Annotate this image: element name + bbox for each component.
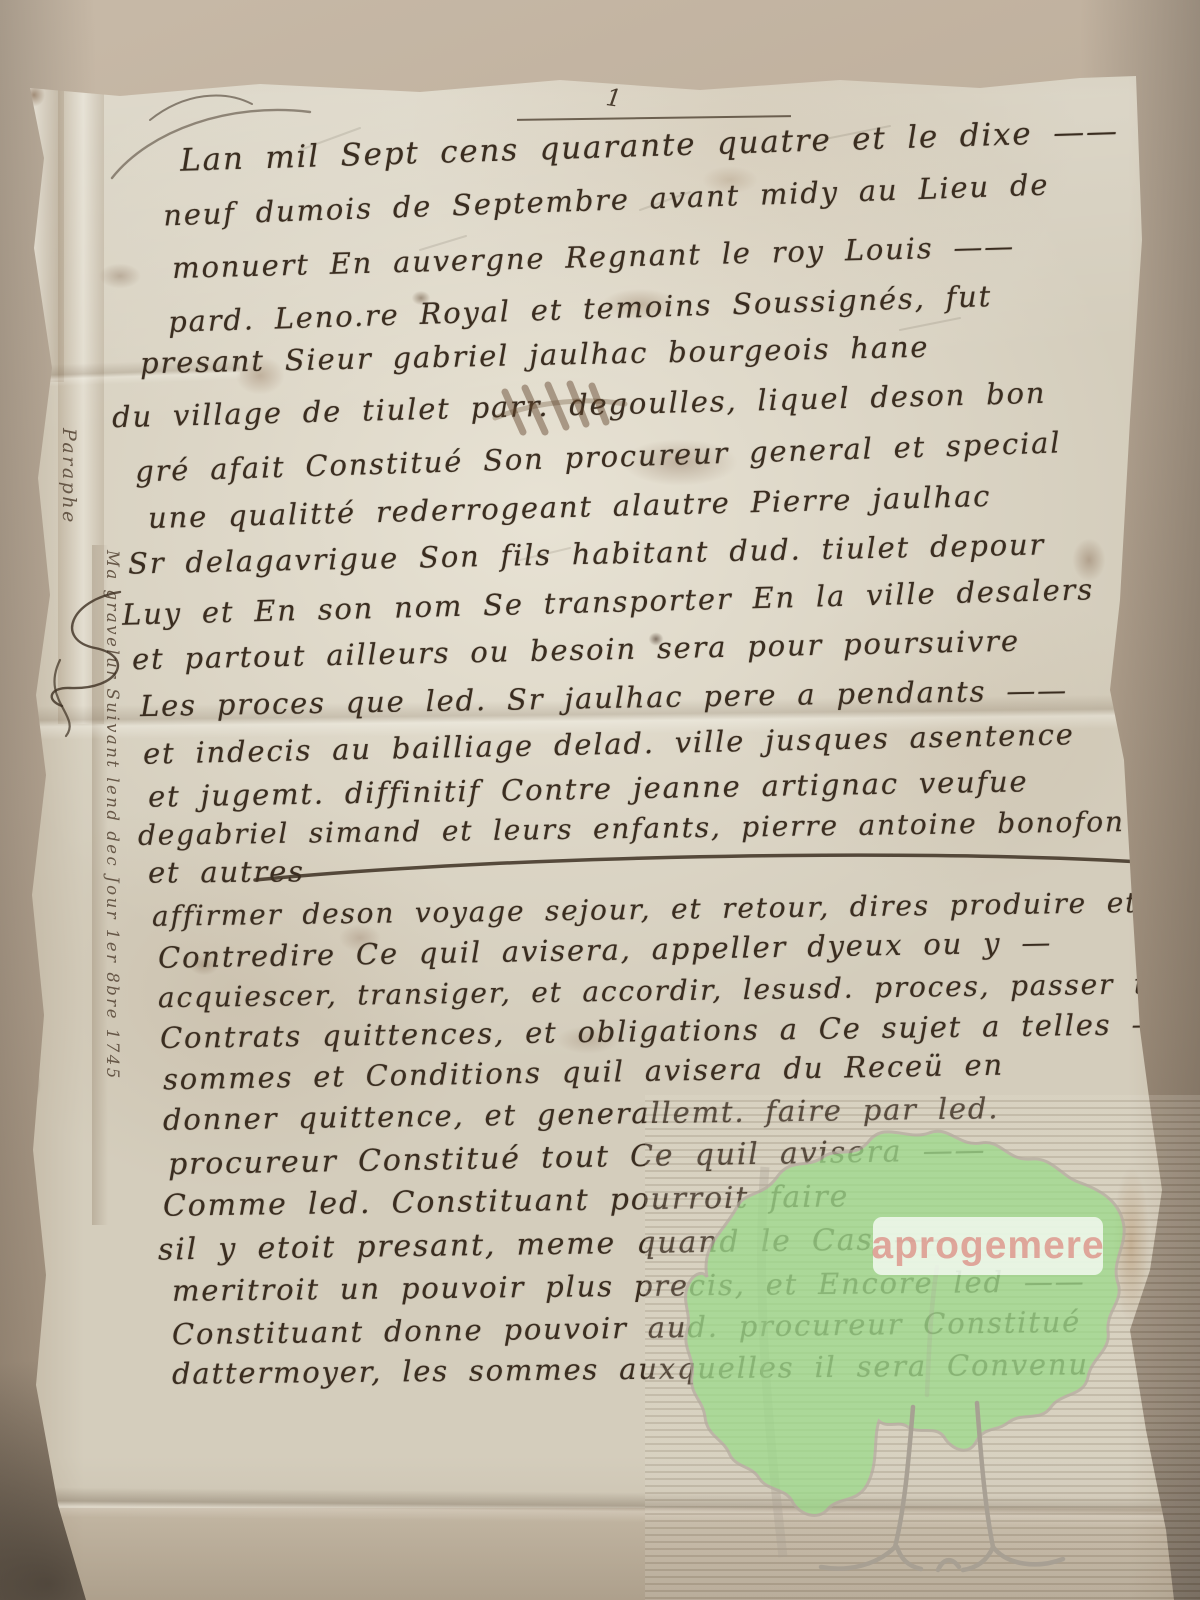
- corner-stain: [20, 80, 48, 110]
- manuscript-line-20: Contrats quittences, et obligations a Ce…: [160, 1007, 1163, 1055]
- margin-registration-note: Ma gravelur Suivant lend dec Jour 1er 8b…: [103, 550, 122, 1081]
- manuscript-line-6: du village de tiulet parr. degoulles, li…: [112, 376, 1047, 434]
- manuscript-line-1: Lan mil Sept cens quarante quatre et le …: [180, 113, 1120, 178]
- page-number: 1: [604, 83, 623, 113]
- manuscript-line-21: sommes et Conditions quil avisera du Rec…: [163, 1048, 1004, 1097]
- watermark-label-box: aprogemere: [873, 1217, 1103, 1275]
- watermark-overlay: aprogemere: [645, 1095, 1200, 1600]
- manuscript-line-3: monuert En auvergne Regnant le roy Louis…: [172, 229, 1016, 285]
- left-fold-strip-inner: [58, 84, 104, 724]
- manuscript-line-5: presant Sieur gabriel jaulhac bourgeois …: [140, 330, 930, 381]
- left-fold-strip-outer: [30, 82, 64, 382]
- manuscript-line-2: neuf dumois de Septembre avant midy au L…: [163, 168, 1050, 233]
- ink-blot-left-edge: [0, 1052, 46, 1116]
- manuscript-line-11: et partout ailleurs ou besoin sera pour …: [132, 624, 1020, 677]
- manuscript-line-19: acquiescer, transiger, et accordir, lesu…: [158, 967, 1200, 1015]
- manuscript-line-8: une qualitté rederrogeant alautre Pierre…: [148, 479, 992, 535]
- manuscript-line-15: degabriel simand et leurs enfants, pierr…: [138, 805, 1125, 852]
- page-number-rule: [517, 115, 791, 121]
- manuscript-line-16: et autres: [148, 854, 305, 889]
- manuscript-line-7: gré afait Constitué Son procureur genera…: [135, 425, 1062, 488]
- manuscript-line-14: et jugemt. diffinitif Contre jeanne arti…: [148, 764, 1029, 813]
- manuscript-line-9: Sr delagavrigue Son fils habitant dud. t…: [128, 527, 1046, 580]
- margin-paraphe-note: Paraphe: [58, 428, 80, 525]
- fox-stain: [90, 258, 150, 294]
- manuscript-line-12: Les proces que led. Sr jaulhac pere a pe…: [140, 673, 1068, 723]
- manuscript-line-18: Contredire Ce quil avisera, appeller dye…: [158, 925, 1053, 975]
- watermark-label: aprogemere: [871, 1224, 1104, 1268]
- manuscript-line-13: et indecis au bailliage delad. ville jus…: [143, 717, 1075, 771]
- manuscript-line-10: Luy et En son nom Se transporter En la v…: [122, 572, 1095, 631]
- manuscript-line-4: pard. Leno.re Royal et temoins Soussigné…: [168, 279, 993, 339]
- photograph-background: 1 Lan mil Sept cens quarante quatre et l…: [0, 0, 1200, 1600]
- watermark-tree-icon: [645, 1095, 1200, 1600]
